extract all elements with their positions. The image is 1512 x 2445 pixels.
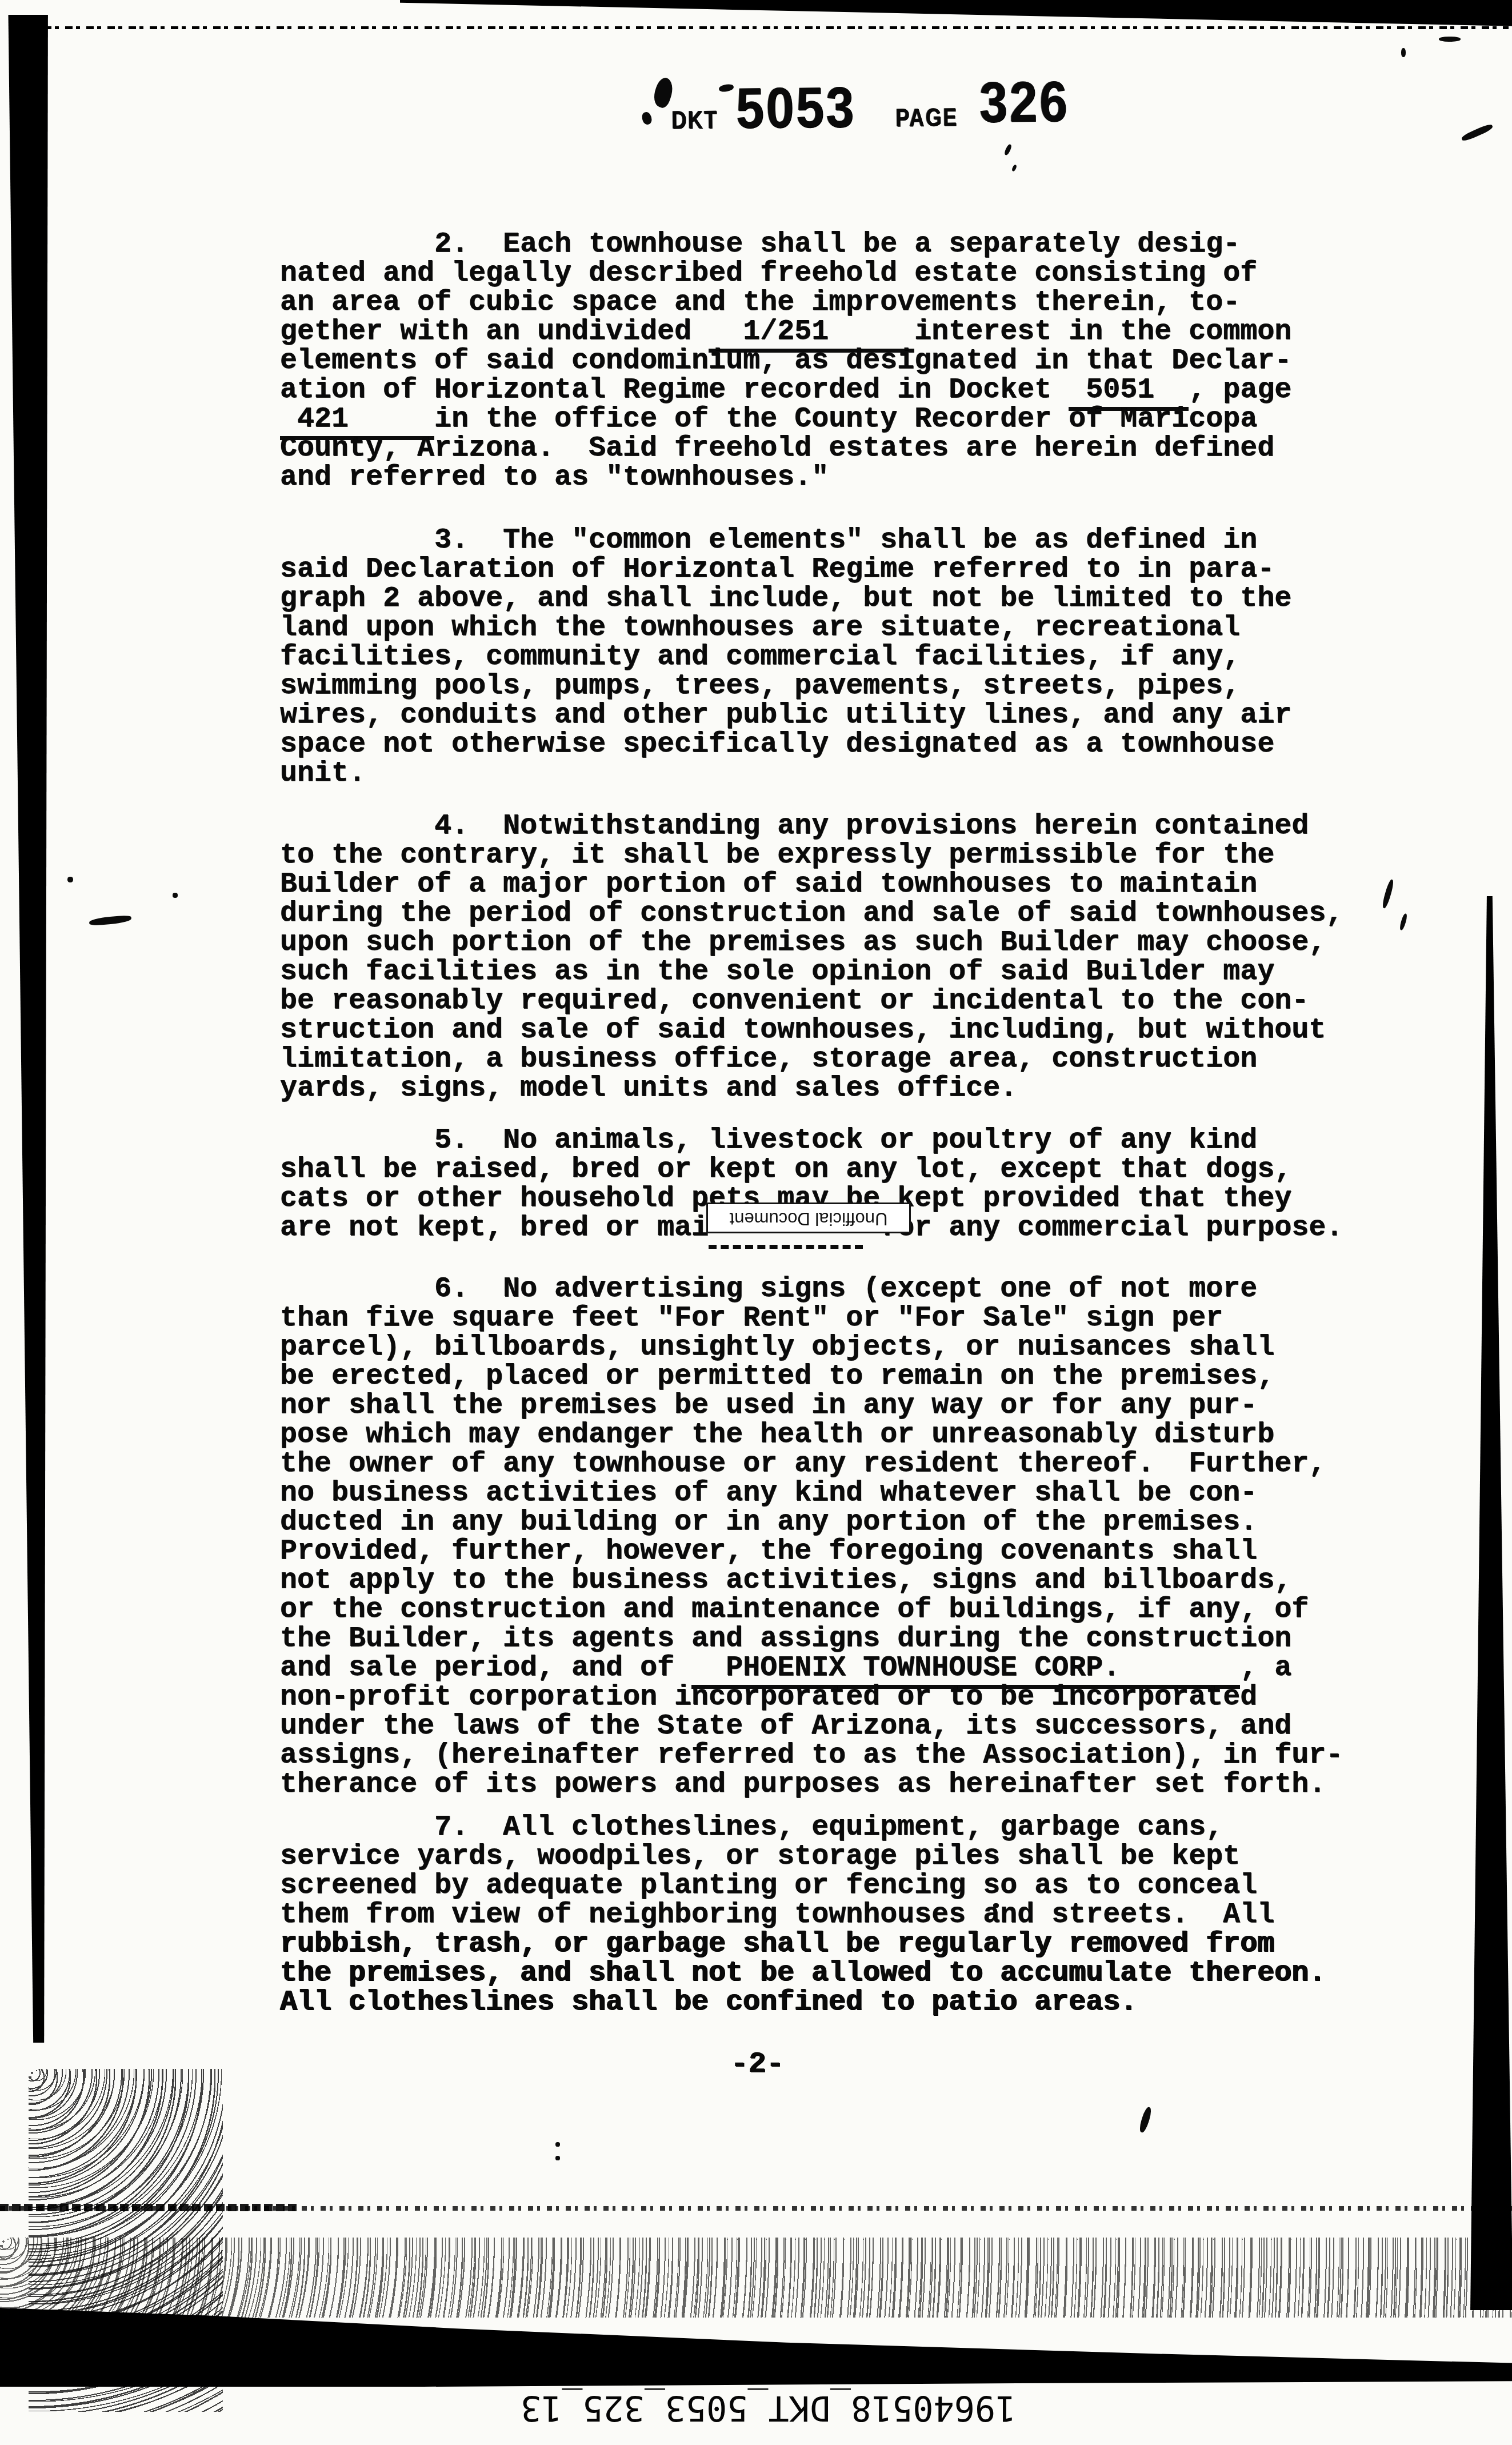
- document-line: the owner of any townhouse or any reside…: [280, 1449, 1343, 1479]
- text-segment: swimming pools, pumps, trees, pavements,…: [280, 670, 1240, 702]
- text-segment: struction and sale of said townhouses, i…: [280, 1014, 1326, 1046]
- text-segment: nated and legally described freehold est…: [280, 257, 1257, 290]
- watermark-stamp: Unofficial Document: [706, 1202, 911, 1233]
- document-line: elements of said condominium, as designa…: [280, 346, 1291, 375]
- text-segment: an area of cubic space and the improveme…: [280, 286, 1240, 319]
- text-segment: and sale period, and of: [280, 1652, 691, 1684]
- document-line: facilities, community and commercial fac…: [280, 642, 1291, 672]
- document-line: 421 in the office of the County Recorder…: [280, 405, 1291, 434]
- document-line: them from view of neighboring townhouses…: [280, 1900, 1326, 1929]
- text-segment: , a: [1240, 1652, 1291, 1684]
- document-line: be reasonably required, convenient or in…: [280, 986, 1343, 1016]
- document-line: 3. The "common elements" shall be as def…: [280, 526, 1291, 555]
- document-line: 2. Each townhouse shall be a separately …: [280, 230, 1291, 259]
- text-segment: than five square feet "For Rent" or "For…: [280, 1302, 1223, 1335]
- text-segment: wires, conduits and other public utility…: [280, 699, 1291, 732]
- text-segment: be erected, placed or permitted to remai…: [280, 1360, 1274, 1393]
- text-segment: therance of its powers and purposes as h…: [280, 1768, 1326, 1801]
- text-segment: no business activities of any kind whate…: [280, 1477, 1257, 1509]
- text-segment: 3. The "common elements" shall be as def…: [280, 524, 1257, 557]
- text-segment: County, Arizona. Said freehold estates a…: [280, 432, 1274, 465]
- text-segment: pose which may endanger the health or un…: [280, 1419, 1274, 1451]
- text-segment: or the construction and maintenance of b…: [280, 1593, 1309, 1626]
- paragraph: 3. The "common elements" shall be as def…: [280, 526, 1291, 788]
- document-line: County, Arizona. Said freehold estates a…: [280, 434, 1291, 463]
- text-segment: ation of Horizontal Regime recorded in D…: [280, 374, 1069, 406]
- text-segment: 6. No advertising signs (except one of n…: [280, 1273, 1257, 1305]
- text-segment: for any commercial purpose.: [863, 1212, 1343, 1244]
- document-line: parcel), billboards, unsightly objects, …: [280, 1333, 1343, 1362]
- text-segment: upon such portion of the premises as suc…: [280, 926, 1326, 959]
- text-segment: screened by adequate planting or fencing…: [280, 1869, 1257, 1902]
- text-segment: 5. No animals, livestock or poultry of a…: [280, 1124, 1257, 1157]
- text-segment: yards, signs, model units and sales offi…: [280, 1072, 1017, 1105]
- document-line: Builder of a major portion of said townh…: [280, 870, 1343, 899]
- document-line: under the laws of the State of Arizona, …: [280, 1712, 1343, 1741]
- document-line: graph 2 above, and shall include, but no…: [280, 584, 1291, 613]
- document-line: the Builder, its agents and assigns duri…: [280, 1624, 1343, 1653]
- document-line: and referred to as "townhouses.": [280, 463, 1291, 492]
- text-segment: not apply to the business activities, si…: [280, 1564, 1291, 1597]
- text-segment: 4. Notwithstanding any provisions herein…: [280, 810, 1309, 842]
- document-line: an area of cubic space and the improveme…: [280, 288, 1291, 317]
- text-segment: 7. All clotheslines, equipment, garbage …: [280, 1811, 1223, 1844]
- text-segment: said Declaration of Horizontal Regime re…: [280, 553, 1274, 586]
- text-segment: land upon which the townhouses are situa…: [280, 612, 1240, 644]
- paragraph: 7. All clotheslines, equipment, garbage …: [280, 1813, 1326, 2017]
- paragraph: 4. Notwithstanding any provisions herein…: [280, 812, 1343, 1103]
- document-line: therance of its powers and purposes as h…: [280, 1770, 1343, 1799]
- text-segment: assigns, (hereinafter referred to as the…: [280, 1739, 1343, 1772]
- document-line: Provided, further, however, the foregoin…: [280, 1537, 1343, 1566]
- document-line: ation of Horizontal Regime recorded in D…: [280, 375, 1291, 405]
- text-segment: in the office of the County Recorder of …: [434, 403, 1257, 436]
- text-segment: are not kept, bred or mai: [280, 1212, 709, 1244]
- text-segment: Builder of a major portion of said townh…: [280, 868, 1257, 901]
- document-line: 4. Notwithstanding any provisions herein…: [280, 812, 1343, 841]
- text-segment: shall be raised, bred or kept on any lot…: [280, 1153, 1291, 1186]
- document-line: upon such portion of the premises as suc…: [280, 928, 1343, 957]
- text-segment: unit.: [280, 757, 366, 790]
- text-segment: parcel), billboards, unsightly objects, …: [280, 1331, 1274, 1364]
- text-segment: service yards, woodpiles, or storage pil…: [280, 1840, 1240, 1873]
- text-segment: facilities, community and commercial fac…: [280, 641, 1240, 673]
- document-line: space not otherwise specifically designa…: [280, 730, 1291, 759]
- text-segment: , page: [1189, 374, 1291, 406]
- text-segment: non-profit corporation incorporated or t…: [280, 1681, 1257, 1713]
- text-segment: to the contrary, it shall be expressly p…: [280, 839, 1274, 872]
- text-segment: the owner of any townhouse or any reside…: [280, 1448, 1326, 1480]
- text-segment: under the laws of the State of Arizona, …: [280, 1710, 1291, 1743]
- scanned-document-page: DKT 5053 PAGE 326 2. Each townhouse shal…: [0, 0, 1512, 2445]
- document-line: land upon which the townhouses are situa…: [280, 613, 1291, 642]
- text-segment: such facilities as in the sole opinion o…: [280, 956, 1274, 988]
- document-line: such facilities as in the sole opinion o…: [280, 957, 1343, 986]
- document-line: to the contrary, it shall be expressly p…: [280, 841, 1343, 870]
- text-segment: 2. Each townhouse shall be a separately …: [280, 228, 1240, 261]
- document-line: during the period of construction and sa…: [280, 899, 1343, 928]
- text-segment: graph 2 above, and shall include, but no…: [280, 582, 1291, 615]
- paragraph: 2. Each townhouse shall be a separately …: [280, 230, 1291, 492]
- document-line: 7. All clotheslines, equipment, garbage …: [280, 1813, 1326, 1842]
- document-line: gether with an undivided 1/251 interest …: [280, 317, 1291, 346]
- document-line: yards, signs, model units and sales offi…: [280, 1074, 1343, 1103]
- text-segment: space not otherwise specifically designa…: [280, 728, 1274, 761]
- document-line: shall be raised, bred or kept on any lot…: [280, 1155, 1343, 1184]
- document-line: 5. No animals, livestock or poultry of a…: [280, 1126, 1343, 1155]
- text-segment: gether with an undivided: [280, 315, 709, 348]
- text-segment: and referred to as "townhouses.": [280, 461, 829, 494]
- document-line: the premises, and shall not be allowed t…: [280, 1959, 1326, 1988]
- document-line: not apply to the business activities, si…: [280, 1566, 1343, 1595]
- document-line: All clotheslines shall be confined to pa…: [280, 1988, 1326, 2017]
- page-number: -2-: [730, 2047, 784, 2081]
- text-segment: nor shall the premises be used in any wa…: [280, 1389, 1257, 1422]
- document-line: struction and sale of said townhouses, i…: [280, 1016, 1343, 1045]
- document-line: no business activities of any kind whate…: [280, 1479, 1343, 1508]
- text-segment: during the period of construction and sa…: [280, 897, 1343, 930]
- document-line: be erected, placed or permitted to remai…: [280, 1362, 1343, 1391]
- text-segment: elements of said condominium, as designa…: [280, 345, 1291, 377]
- text-segment: rubbish, trash, or garbage shall be regu…: [280, 1928, 1274, 1960]
- document-line: swimming pools, pumps, trees, pavements,…: [280, 672, 1291, 701]
- text-segment: limitation, a business office, storage a…: [280, 1043, 1257, 1076]
- text-segment: Provided, further, however, the foregoin…: [280, 1535, 1257, 1568]
- text-segment: them from view of neighboring townhouses…: [280, 1899, 1274, 1931]
- text-segment: All clotheslines shall be confined to pa…: [280, 1986, 1137, 2019]
- document-line: said Declaration of Horizontal Regime re…: [280, 555, 1291, 584]
- text-segment: ducted in any building or in any portion…: [280, 1506, 1257, 1539]
- bottom-reference-stamp: 19640518_DKT_5053_325_13: [513, 2388, 1016, 2428]
- document-line: pose which may endanger the health or un…: [280, 1420, 1343, 1449]
- document-line: and sale period, and of PHOENIX TOWNHOUS…: [280, 1653, 1343, 1683]
- document-line: non-profit corporation incorporated or t…: [280, 1683, 1343, 1712]
- document-line: assigns, (hereinafter referred to as the…: [280, 1741, 1343, 1770]
- document-line: limitation, a business office, storage a…: [280, 1045, 1343, 1074]
- text-segment: the Builder, its agents and assigns duri…: [280, 1623, 1291, 1655]
- document-line: nated and legally described freehold est…: [280, 259, 1291, 288]
- document-line: or the construction and maintenance of b…: [280, 1595, 1343, 1624]
- paragraph: 6. No advertising signs (except one of n…: [280, 1275, 1343, 1799]
- text-segment: be reasonably required, convenient or in…: [280, 985, 1309, 1017]
- document-line: nor shall the premises be used in any wa…: [280, 1391, 1343, 1420]
- document-line: service yards, woodpiles, or storage pil…: [280, 1842, 1326, 1871]
- text-segment: interest in the common: [914, 315, 1291, 348]
- document-line: unit.: [280, 759, 1291, 788]
- document-line: ducted in any building or in any portion…: [280, 1508, 1343, 1537]
- document-line: screened by adequate planting or fencing…: [280, 1871, 1326, 1900]
- document-line: 6. No advertising signs (except one of n…: [280, 1275, 1343, 1304]
- document-line: wires, conduits and other public utility…: [280, 701, 1291, 730]
- document-line: than five square feet "For Rent" or "For…: [280, 1304, 1343, 1333]
- document-line: rubbish, trash, or garbage shall be regu…: [280, 1929, 1326, 1959]
- text-segment: the premises, and shall not be allowed t…: [280, 1957, 1326, 1989]
